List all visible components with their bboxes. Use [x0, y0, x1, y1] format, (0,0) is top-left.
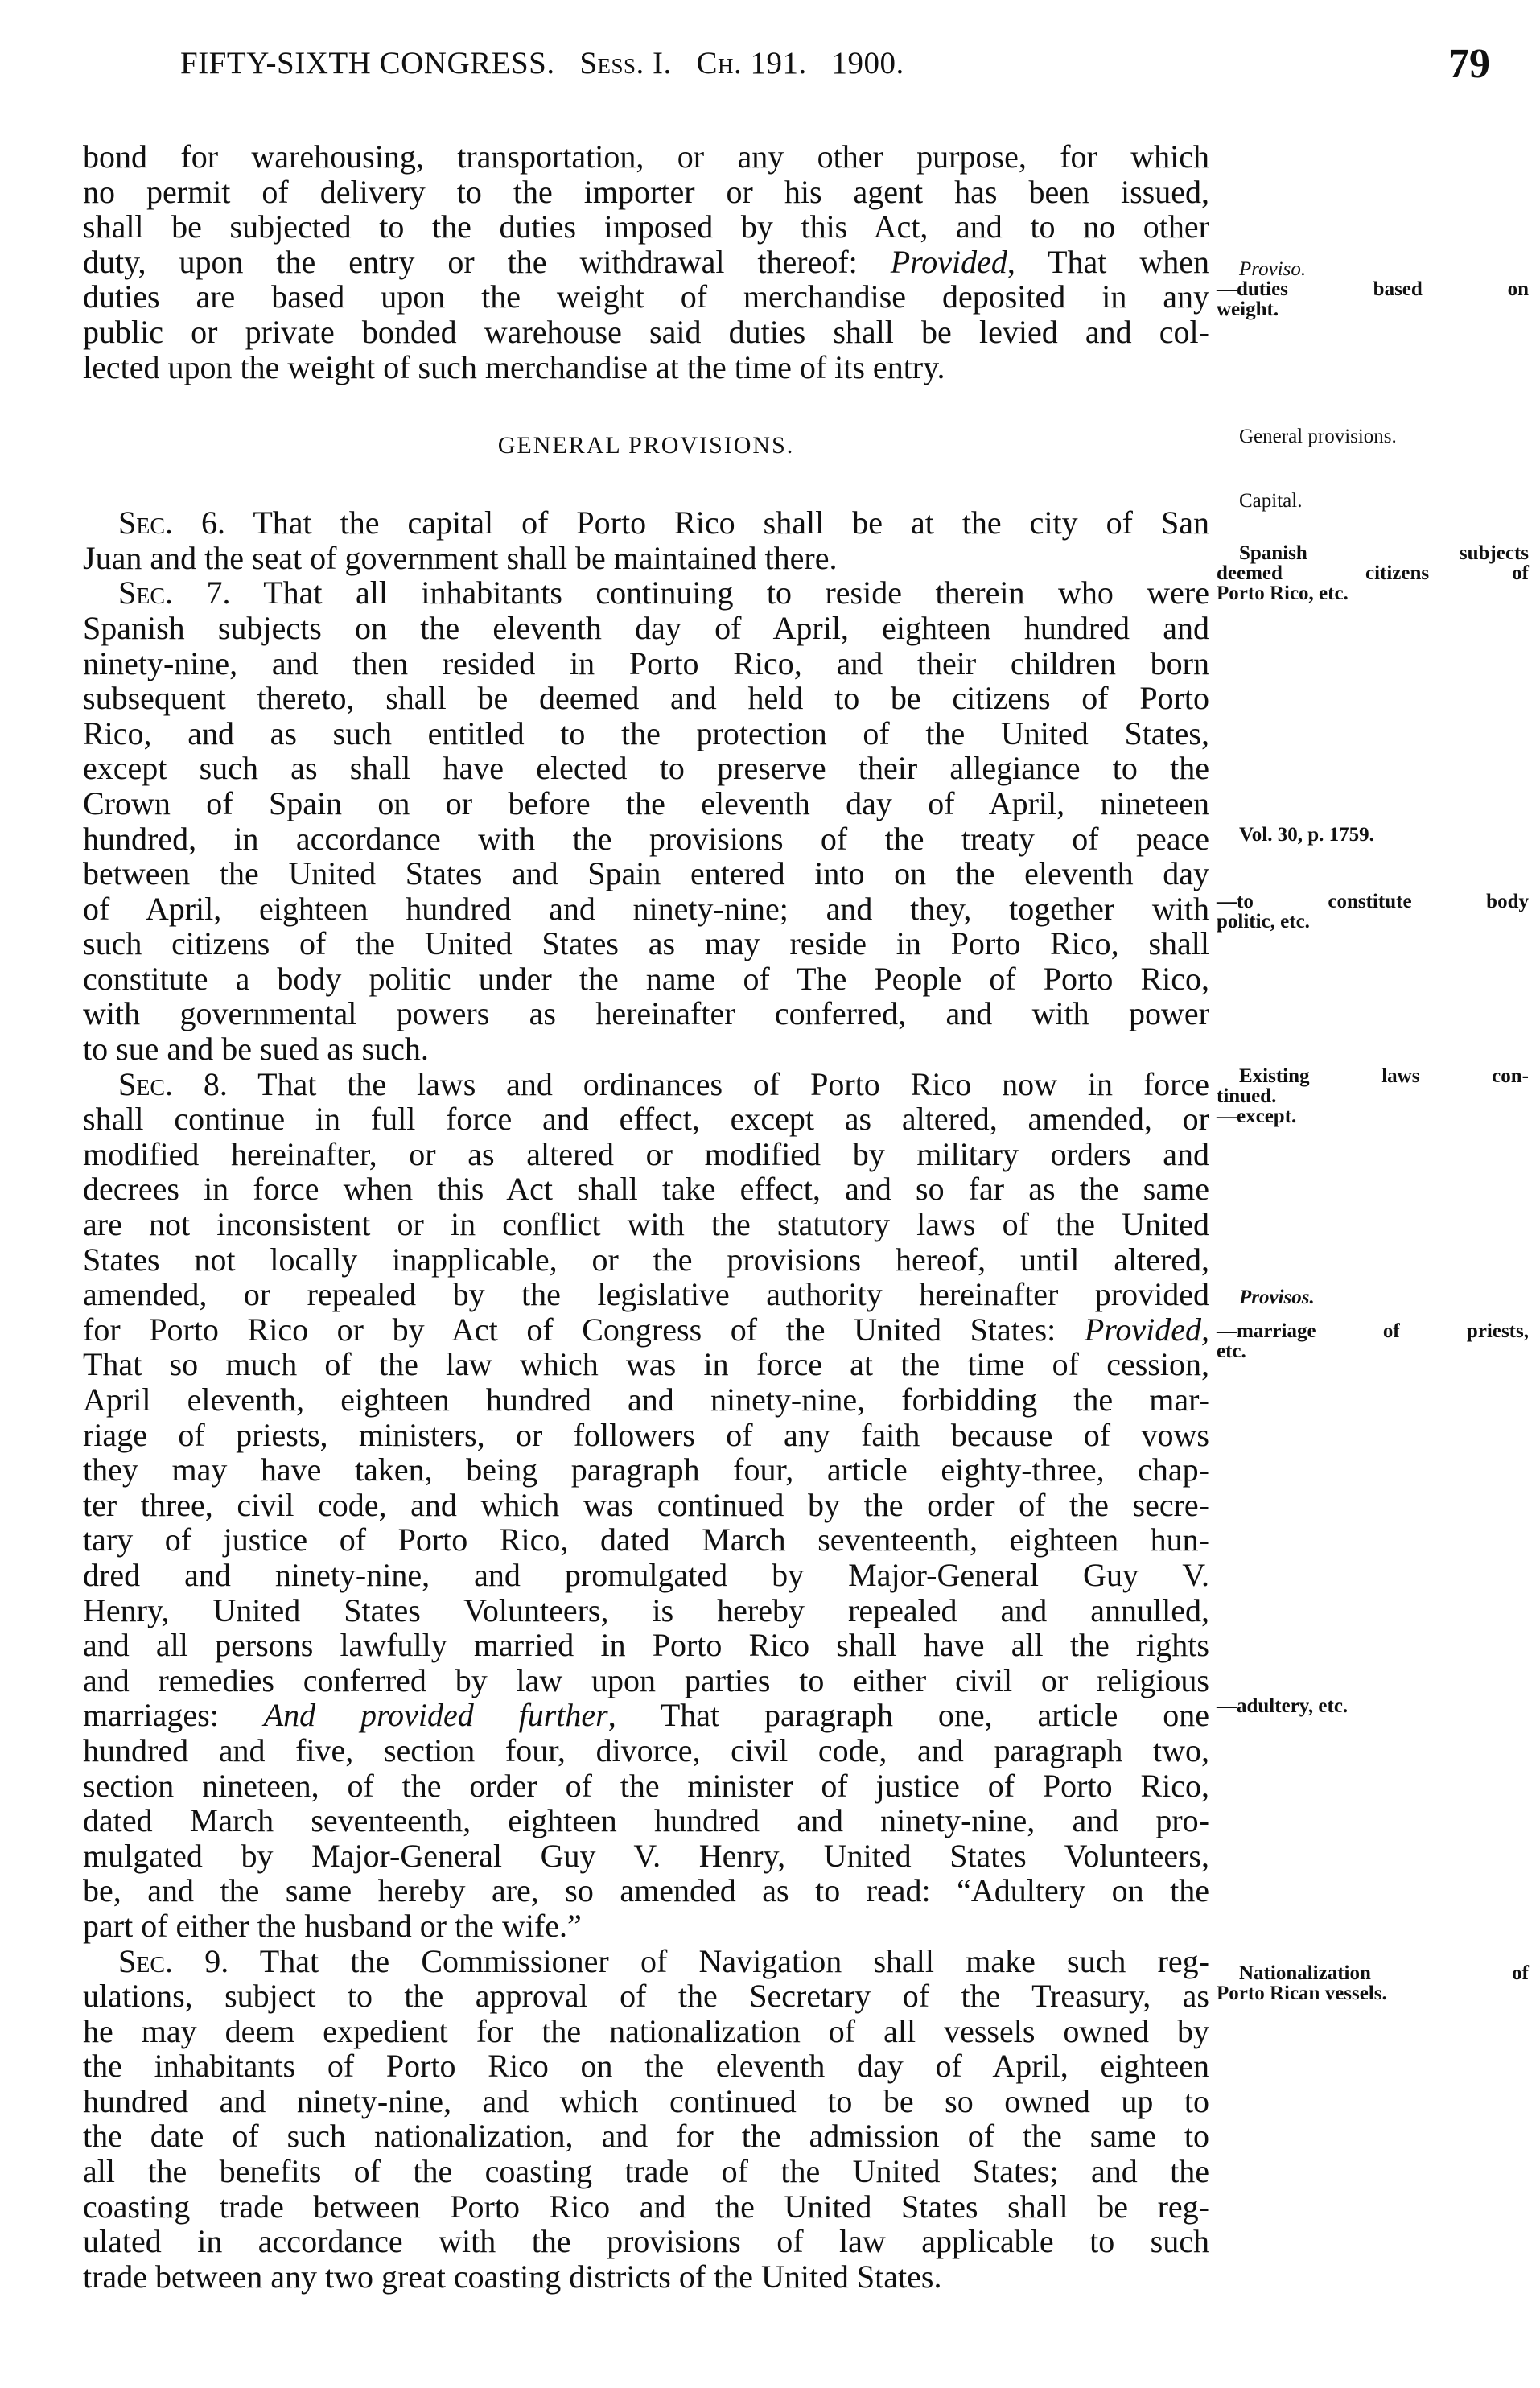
- section-heading: GENERAL PROVISIONS.: [83, 428, 1209, 463]
- text-line: duties are based upon the weight of merc…: [83, 279, 1209, 315]
- text-line: all the benefits of the coasting trade o…: [83, 2154, 1209, 2189]
- text-line: subsequent thereto, shall be deemed and …: [83, 681, 1209, 716]
- text-line: Crown of Spain on or before the eleventh…: [83, 786, 1209, 821]
- section-label: Sec. 7.: [118, 574, 230, 611]
- text-line: lected upon the weight of such merchandi…: [83, 350, 1209, 385]
- text-line: section nineteen, of the order of the mi…: [83, 1768, 1209, 1804]
- italic-provided: Provided,: [1085, 1311, 1209, 1348]
- margin-note-spanish-subjects: Spanish subjects deemed citizens of Port…: [1217, 543, 1529, 603]
- text-line: ninety-nine, and then resided in Porto R…: [83, 646, 1209, 681]
- text-line: the inhabitants of Porto Rico on the ele…: [83, 2048, 1209, 2084]
- margin-note-nationalization: Nationalization of Porto Rican vessels.: [1217, 1963, 1529, 2003]
- section-label: Sec. 6.: [118, 504, 225, 541]
- text-fragment: , That paragraph one, article one: [608, 1697, 1209, 1733]
- text-line: dated March seventeenth, eighteen hundre…: [83, 1803, 1209, 1838]
- text-line: Rico, and as such entitled to the protec…: [83, 716, 1209, 751]
- text-line: Sec. 8. That the laws and ordinances of …: [83, 1067, 1209, 1102]
- margin-note-marriage-priests: —marriage of priests, etc.: [1217, 1321, 1529, 1361]
- text-line: constitute a body politic under the name…: [83, 961, 1209, 997]
- chapter-label: Ch. 191.: [697, 46, 807, 80]
- text-line: That so much of the law which was in for…: [83, 1347, 1209, 1382]
- text-line: public or private bonded warehouse said …: [83, 315, 1209, 350]
- text-line: hundred, in accordance with the provisio…: [83, 821, 1209, 857]
- text-fragment: That the laws and ordinances of Porto Ri…: [257, 1066, 1209, 1102]
- text-line: to sue and be sued as such.: [83, 1031, 1209, 1067]
- text-line: bond for warehousing, transportation, or…: [83, 139, 1209, 175]
- header-title: FIFTY-SIXTH CONGRESS. Sess. I. Ch. 191. …: [180, 45, 904, 81]
- continuation-paragraph: bond for warehousing, transportation, or…: [83, 139, 1209, 385]
- text-line: Sec. 9. That the Commissioner of Navigat…: [83, 1944, 1209, 1979]
- text-line: marriages: And provided further, That pa…: [83, 1698, 1209, 1733]
- section-9: Sec. 9. That the Commissioner of Navigat…: [83, 1944, 1209, 2295]
- text-line: they may have taken, being paragraph fou…: [83, 1452, 1209, 1488]
- text-line: April eleventh, eighteen hundred and nin…: [83, 1382, 1209, 1418]
- text-line: shall be subjected to the duties imposed…: [83, 209, 1209, 245]
- text-fragment: marriages:: [83, 1697, 219, 1733]
- text-line: hundred and five, section four, divorce,…: [83, 1733, 1209, 1768]
- text-line: for Porto Rico or by Act of Congress of …: [83, 1312, 1209, 1348]
- section-7: Sec. 7. That all inhabitants continuing …: [83, 575, 1209, 1066]
- italic-and-provided-further: And provided further: [264, 1697, 608, 1733]
- year-label: 1900.: [832, 46, 904, 80]
- text-fragment: , That when: [1007, 244, 1209, 280]
- section-label: Sec. 9.: [118, 1943, 229, 1979]
- text-line: such citizens of the United States as ma…: [83, 926, 1209, 961]
- main-text-column: bond for warehousing, transportation, or…: [83, 139, 1209, 2294]
- text-line: shall continue in full force and effect,…: [83, 1101, 1209, 1137]
- text-line: coasting trade between Porto Rico and th…: [83, 2189, 1209, 2225]
- text-line: be, and the same hereby are, so amended …: [83, 1873, 1209, 1908]
- text-line: trade between any two great coasting dis…: [83, 2259, 1209, 2295]
- text-line: the date of such nationalization, and fo…: [83, 2118, 1209, 2154]
- text-line: dred and ninety-nine, and promulgated by…: [83, 1558, 1209, 1593]
- text-fragment: That the capital of Porto Rico shall be …: [253, 504, 1209, 541]
- section-6: Sec. 6. That the capital of Porto Rico s…: [83, 505, 1209, 575]
- italic-provided: Provided: [891, 244, 1007, 280]
- session-label: Sess. I.: [579, 46, 671, 80]
- text-line: amended, or repealed by the legislative …: [83, 1277, 1209, 1312]
- running-header: FIFTY-SIXTH CONGRESS. Sess. I. Ch. 191. …: [0, 45, 1540, 93]
- text-line: States not locally inapplicable, or the …: [83, 1242, 1209, 1278]
- text-line: with governmental powers as hereinafter …: [83, 996, 1209, 1031]
- text-line: no permit of delivery to the importer or…: [83, 175, 1209, 210]
- section-8: Sec. 8. That the laws and ordinances of …: [83, 1067, 1209, 1944]
- text-line: tary of justice of Porto Rico, dated Mar…: [83, 1522, 1209, 1558]
- text-line: Henry, United States Volunteers, is here…: [83, 1593, 1209, 1628]
- margin-note-general-provisions: General provisions.: [1217, 426, 1529, 447]
- text-line: modified hereinafter, or as altered or m…: [83, 1137, 1209, 1172]
- text-line: ter three, civil code, and which was con…: [83, 1488, 1209, 1523]
- text-line: Sec. 7. That all inhabitants continuing …: [83, 575, 1209, 611]
- text-line: decrees in force when this Act shall tak…: [83, 1171, 1209, 1207]
- margin-note-adultery: —adultery, etc.: [1217, 1696, 1529, 1716]
- congress-label: FIFTY-SIXTH CONGRESS.: [180, 46, 555, 80]
- text-line: hundred and ninety-nine, and which conti…: [83, 2084, 1209, 2119]
- text-fragment: for Porto Rico or by Act of Congress of …: [83, 1311, 1056, 1348]
- text-fragment: That all inhabitants continuing to resid…: [263, 574, 1209, 611]
- margin-note-existing-laws: Existing laws con- tinued. —except.: [1217, 1066, 1529, 1126]
- margin-note-body-politic: —to constitute body politic, etc.: [1217, 891, 1529, 932]
- text-line: ulations, subject to the approval of the…: [83, 1978, 1209, 2014]
- text-line: are not inconsistent or in conflict with…: [83, 1207, 1209, 1242]
- text-line: Spanish subjects on the eleventh day of …: [83, 611, 1209, 646]
- text-fragment: duty, upon the entry or the withdrawal t…: [83, 244, 858, 280]
- text-line: riage of priests, ministers, or follower…: [83, 1418, 1209, 1453]
- text-line: ulated in accordance with the provisions…: [83, 2224, 1209, 2259]
- margin-note-proviso: Proviso. —duties based on weight.: [1217, 259, 1529, 319]
- section-label: Sec. 8.: [118, 1066, 228, 1102]
- text-line: Juan and the seat of government shall be…: [83, 541, 1209, 576]
- margin-note-capital: Capital.: [1217, 491, 1529, 511]
- page-number: 79: [1448, 40, 1490, 88]
- text-line: mulgated by Major-General Guy V. Henry, …: [83, 1838, 1209, 1874]
- margin-note-treaty-reference: Vol. 30, p. 1759.: [1217, 825, 1529, 845]
- text-line: duty, upon the entry or the withdrawal t…: [83, 245, 1209, 280]
- text-line: Sec. 6. That the capital of Porto Rico s…: [83, 505, 1209, 541]
- text-line: part of either the husband or the wife.”: [83, 1908, 1209, 1944]
- text-line: between the United States and Spain ente…: [83, 856, 1209, 891]
- text-line: of April, eighteen hundred and ninety-ni…: [83, 891, 1209, 927]
- text-line: he may deem expedient for the nationaliz…: [83, 2014, 1209, 2049]
- margin-note-provisos: Provisos.: [1217, 1287, 1529, 1307]
- text-fragment: That the Commissioner of Navigation shal…: [260, 1943, 1209, 1979]
- text-line: and all persons lawfully married in Port…: [83, 1628, 1209, 1663]
- text-line: except such as shall have elected to pre…: [83, 751, 1209, 786]
- text-line: and remedies conferred by law upon parti…: [83, 1663, 1209, 1698]
